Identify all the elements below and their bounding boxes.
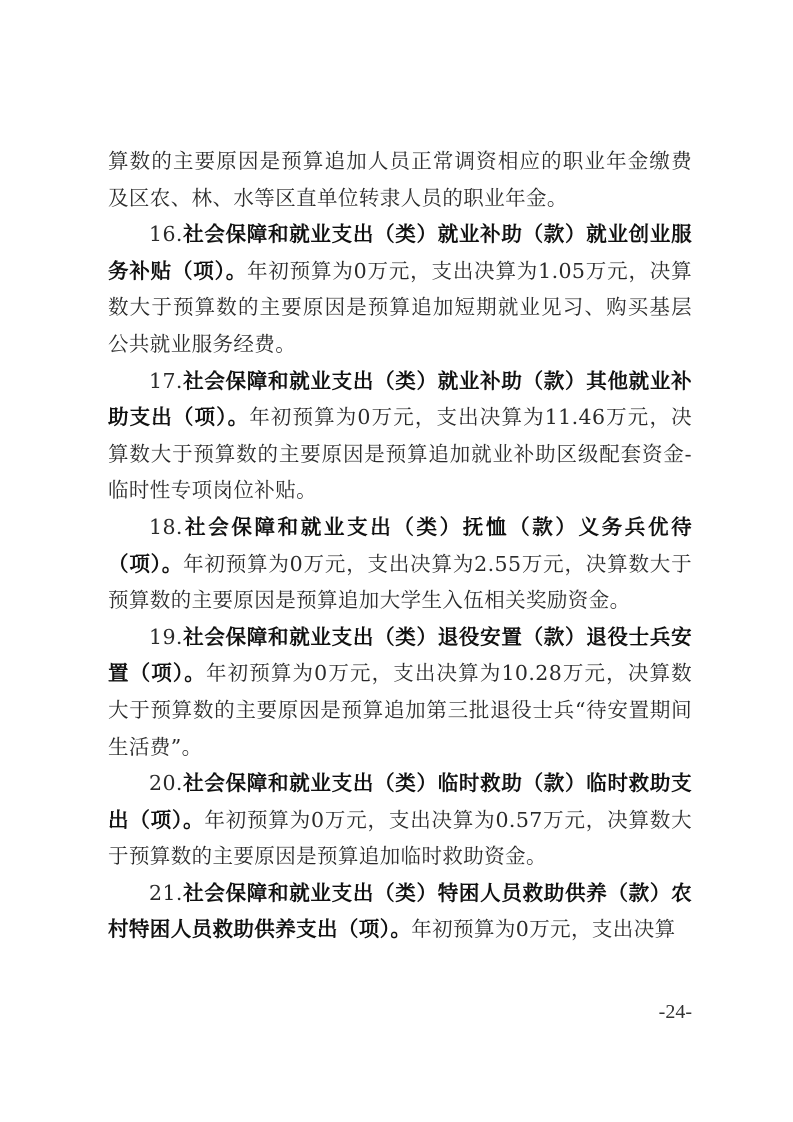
item-number: 16.: [149, 222, 183, 246]
paragraph-item-20: 20.社会保障和就业支出（类）临时救助（款）临时救助支出（项）。年初预算为0万元…: [108, 765, 692, 875]
page-number: -24-: [659, 1001, 692, 1024]
item-number: 20.: [149, 771, 183, 795]
item-number: 21.: [149, 881, 183, 905]
item-number: 18.: [149, 515, 183, 539]
paragraph-body: 算数的主要原因是预算追加人员正常调资相应的职业年金缴费及区农、林、水等区直单位转…: [108, 149, 692, 210]
item-body: 年初预算为0万元，支出决算: [411, 917, 675, 941]
item-body: 年初预算为0万元，支出决算为2.55万元，决算数大于预算数的主要原因是预算追加大…: [108, 552, 692, 613]
paragraph-item-18: 18.社会保障和就业支出（类）抚恤（款）义务兵优待（项）。年初预算为0万元，支出…: [108, 509, 692, 619]
paragraph-item-16: 16.社会保障和就业支出（类）就业补助（款）就业创业服务补贴（项）。年初预算为0…: [108, 216, 692, 362]
paragraph-continuation: 算数的主要原因是预算追加人员正常调资相应的职业年金缴费及区农、林、水等区直单位转…: [108, 143, 692, 216]
document-body: 算数的主要原因是预算追加人员正常调资相应的职业年金缴费及区农、林、水等区直单位转…: [108, 143, 692, 948]
paragraph-item-21: 21.社会保障和就业支出（类）特困人员救助供养（款）农村特困人员救助供养支出（项…: [108, 875, 692, 948]
paragraph-item-17: 17.社会保障和就业支出（类）就业补助（款）其他就业补助支出（项）。年初预算为0…: [108, 363, 692, 509]
item-number: 19.: [149, 625, 183, 649]
item-number: 17.: [149, 369, 183, 393]
paragraph-item-19: 19.社会保障和就业支出（类）退役安置（款）退役士兵安置（项）。年初预算为0万元…: [108, 619, 692, 765]
